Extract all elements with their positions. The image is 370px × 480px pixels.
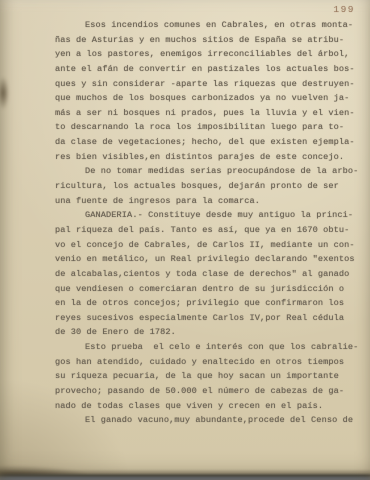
text-line: gos han atendido, cuidado y enaltecido e… <box>55 355 362 370</box>
text-line: ante el afán de convertir en pastizales … <box>55 62 362 77</box>
text-line: más a ser ni bosques ni prados, pues la … <box>55 106 362 121</box>
text-line: que muchos de los bosques carbonizados y… <box>55 91 362 106</box>
text-line: pal riqueza del país. Tanto es así, que … <box>55 223 362 238</box>
text-line: de 30 de Enero de 1782. <box>55 325 362 340</box>
text-line: su riqueza pecuaria, de la que hoy sacan… <box>55 369 362 384</box>
text-line: da clase de vegetaciones; hecho, del que… <box>55 135 362 150</box>
text-line: Esto prueba el celo e interés con que lo… <box>55 340 362 355</box>
text-line: yen a los pastores, enemigos irreconcili… <box>55 47 362 62</box>
page-number: 199 <box>333 4 355 15</box>
text-line: El ganado vacuno,muy abundante,procede d… <box>55 413 362 428</box>
scanned-document-page: 199 Esos incendios comunes en Cabrales, … <box>0 0 370 480</box>
text-line: nado de todas clases que viven y crecen … <box>55 399 362 414</box>
text-line: de alcabalas,cientos y toda clase de der… <box>55 267 362 282</box>
paragraph: El ganado vacuno,muy abundante,procede d… <box>55 413 362 428</box>
scan-bottom-edge <box>0 469 370 480</box>
text-line: reyes sucesivos especialmente Carlos IV,… <box>55 311 362 326</box>
text-line: De no tomar medidas serias preocupándose… <box>55 164 362 179</box>
page-text: Esos incendios comunes en Cabrales, en o… <box>55 18 362 428</box>
text-line: res bien visibles,en distintos parajes d… <box>55 150 362 165</box>
text-line: una fuente de ingresos para la comarca. <box>55 194 362 209</box>
text-line: Esos incendios comunes en Cabrales, en o… <box>55 18 362 33</box>
text-line: ñas de Asturias y en muchos sitios de Es… <box>55 33 362 48</box>
paragraph: Esos incendios comunes en Cabrales, en o… <box>55 18 362 164</box>
text-line: vo el concejo de Cabrales, de Carlos II,… <box>55 238 362 253</box>
paragraph: De no tomar medidas serias preocupándose… <box>55 164 362 208</box>
text-line: ques y sin considerar -aparte las riquez… <box>55 77 362 92</box>
text-line: to descarnando la roca los imposibilitan… <box>55 120 362 135</box>
text-line: que vendiesen o comerciaran dentro de su… <box>55 282 362 297</box>
text-line: provecho; pasando de 50.000 el número de… <box>55 384 362 399</box>
text-line: GANADERIA.- Constituye desde muy antiguo… <box>55 208 362 223</box>
paragraph: GANADERIA.- Constituye desde muy antiguo… <box>55 208 362 340</box>
text-line: ricultura, los actuales bosques, dejarán… <box>55 179 362 194</box>
left-edge-smudge <box>0 76 9 110</box>
text-line: venio en metálico, un Real privilegio de… <box>55 252 362 267</box>
paragraph: Esto prueba el celo e interés con que lo… <box>55 340 362 413</box>
text-line: en la de otros concejos; privilegio que … <box>55 296 362 311</box>
